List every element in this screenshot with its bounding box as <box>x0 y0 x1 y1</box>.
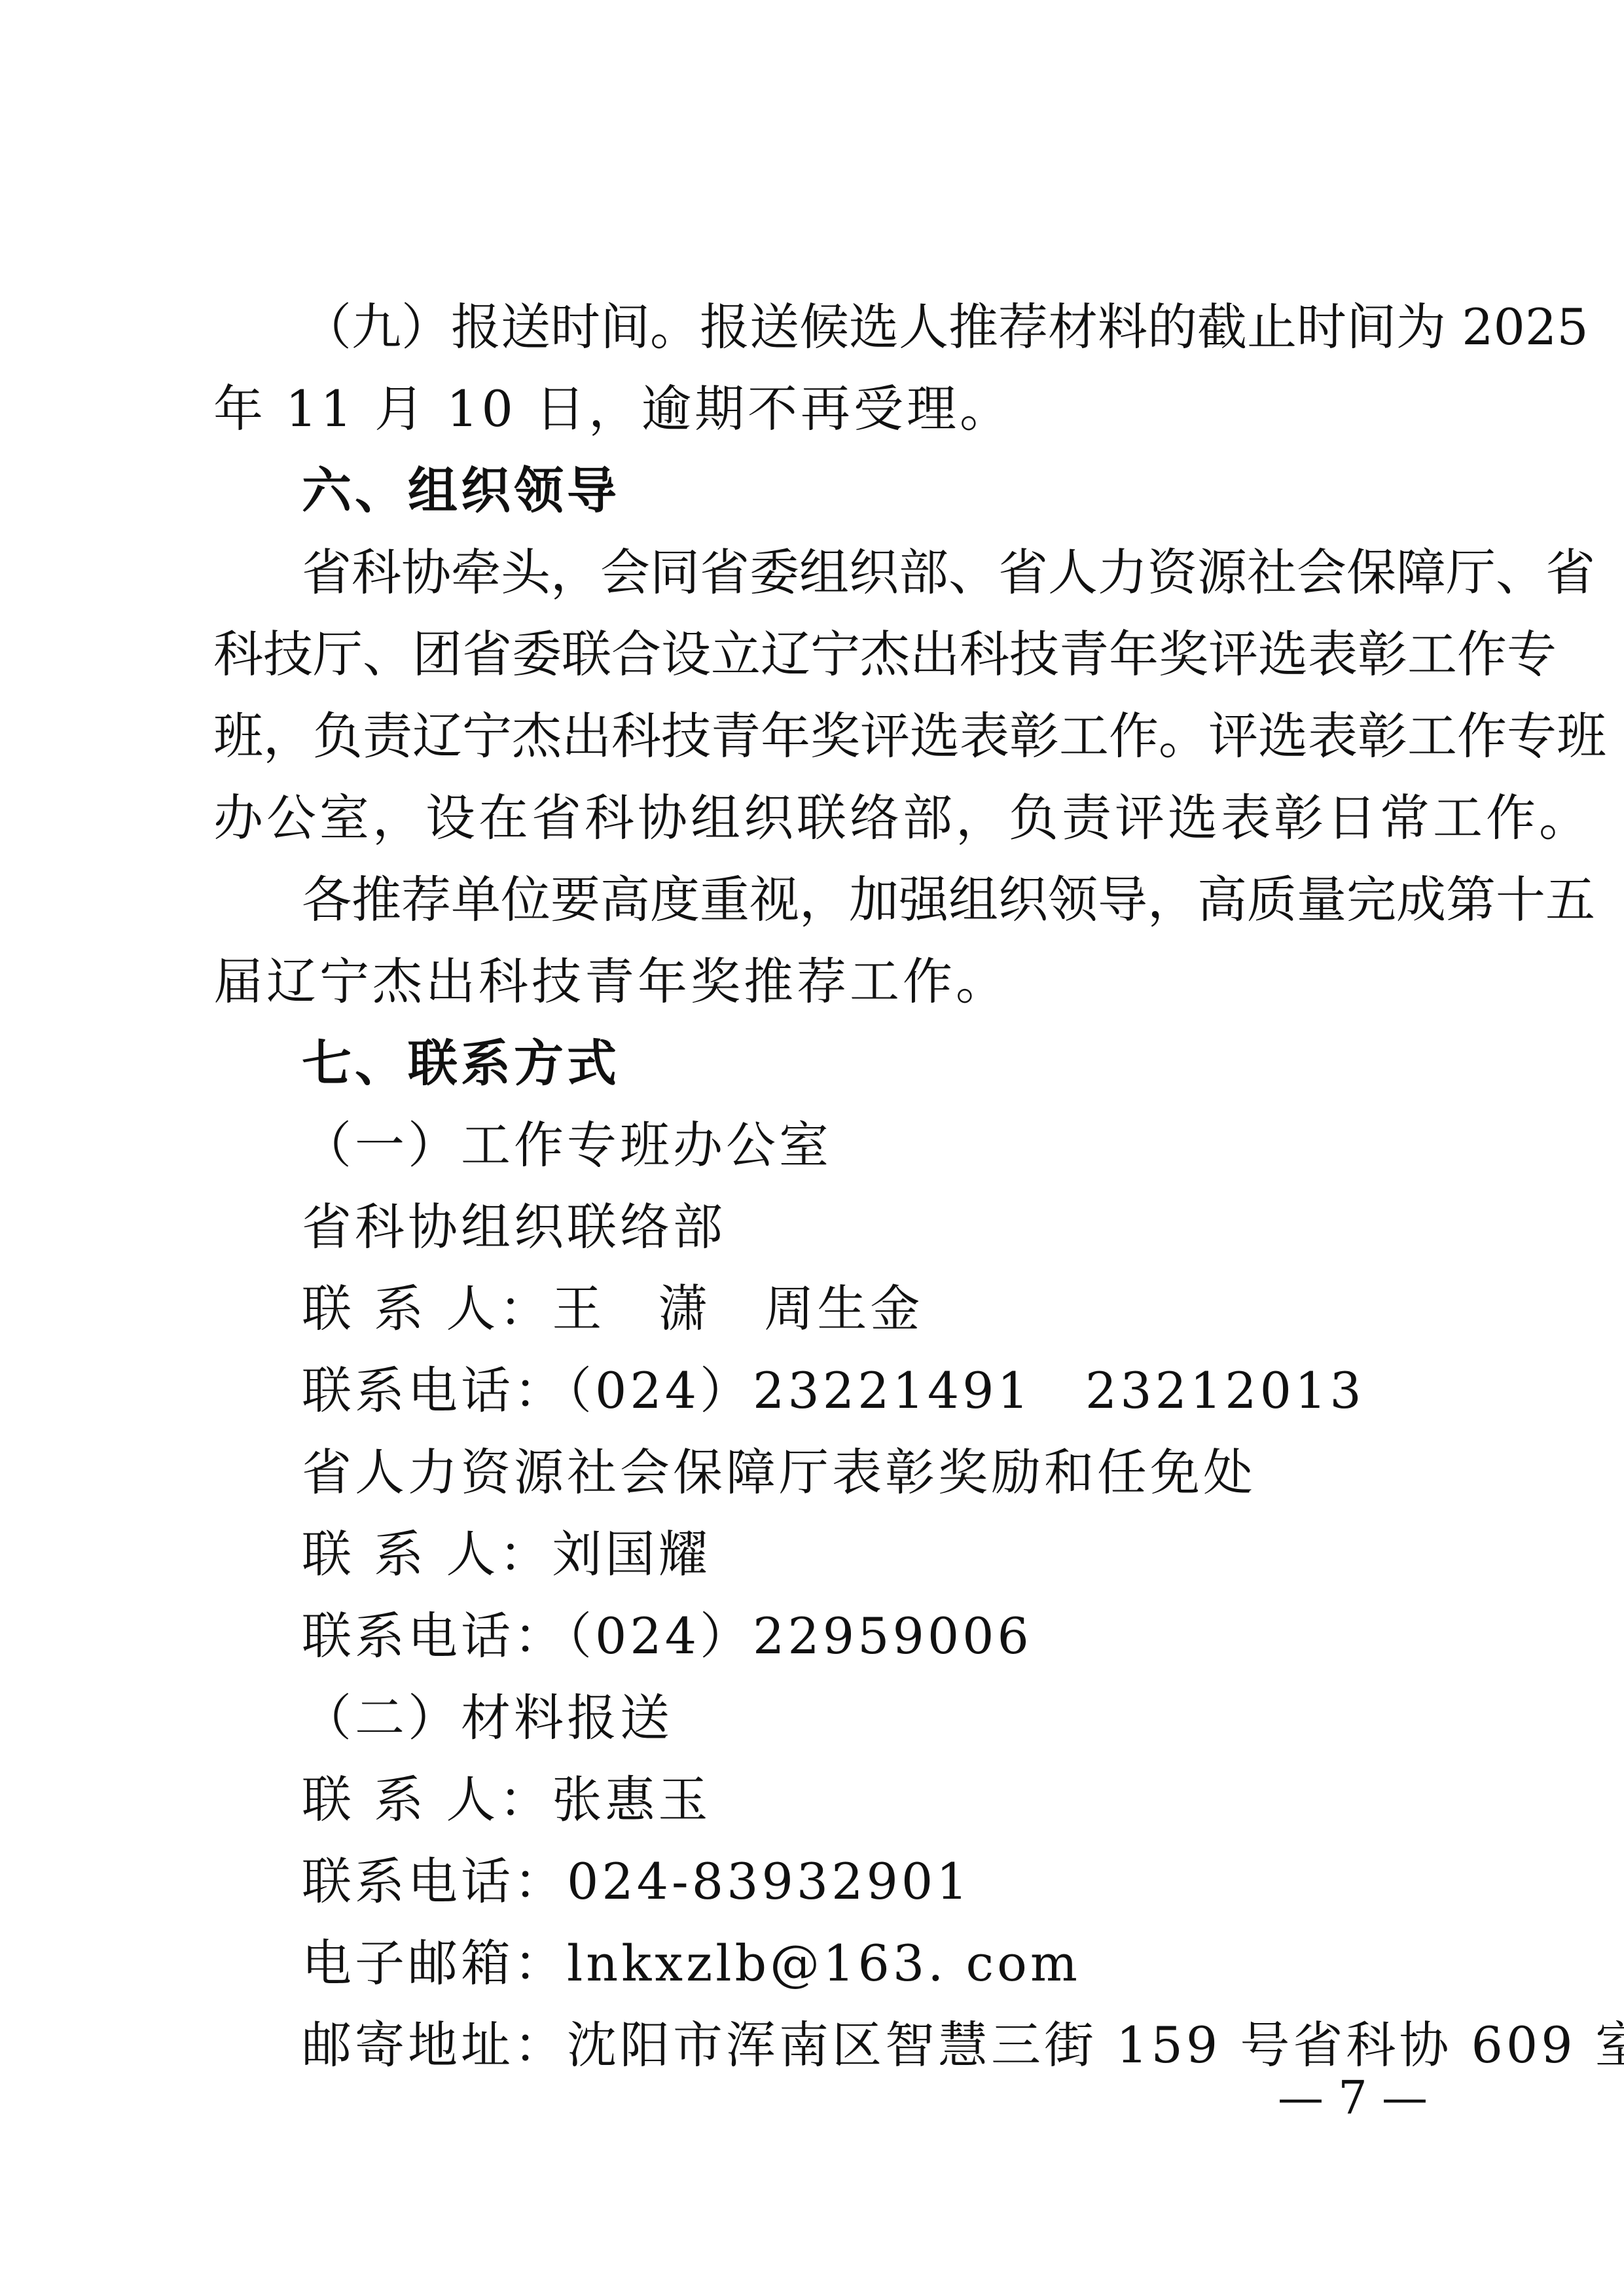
contact-dept-1: 省科协组织联络部 <box>302 1194 1420 1260</box>
section-heading-contact: 七、联系方式 <box>302 1031 1420 1096</box>
para-organization-line-4: 办公室，设在省科协组织联络部，负责评选表彰日常工作。 <box>213 785 1420 851</box>
para-organization-line-3: 班，负责辽宁杰出科技青年奖评选表彰工作。评选表彰工作专班 <box>213 704 1420 769</box>
contact-person-1: 联 系 人：王 潇 周生金 <box>302 1276 1420 1342</box>
page-number: — 7 — <box>1278 2068 1420 2127</box>
contact-dept-2: 省人力资源社会保障厅表彰奖励和任免处 <box>302 1440 1420 1505</box>
para-submission-time-line-2: 年 11 月 10 日，逾期不再受理。 <box>213 376 1420 442</box>
para-recommend-line-2: 届辽宁杰出科技青年奖推荐工作。 <box>213 949 1420 1014</box>
contact-phone-3: 联系电话：024-83932901 <box>302 1849 1420 1914</box>
document-page: （九）报送时间。报送候选人推荐材料的截止时间为 2025 年 11 月 10 日… <box>0 0 1624 2296</box>
para-organization-line-1: 省科协牵头，会同省委组织部、省人力资源社会保障厅、省 <box>302 540 1420 605</box>
subheading-office: （一）工作专班办公室 <box>302 1113 1420 1178</box>
contact-person-3: 联 系 人：张惠玉 <box>302 1767 1420 1833</box>
contact-phone-1: 联系电话：（024）23221491 23212013 <box>302 1358 1420 1424</box>
para-recommend-line-1: 各推荐单位要高度重视，加强组织领导，高质量完成第十五 <box>302 867 1420 933</box>
para-submission-time-line-1: （九）报送时间。报送候选人推荐材料的截止时间为 2025 <box>302 295 1420 360</box>
subheading-materials: （二）材料报送 <box>302 1685 1420 1751</box>
para-organization-line-2: 科技厅、团省委联合设立辽宁杰出科技青年奖评选表彰工作专 <box>213 622 1420 687</box>
section-heading-organization: 六、组织领导 <box>302 458 1420 524</box>
contact-person-2: 联 系 人：刘国耀 <box>302 1522 1420 1587</box>
contact-email: 电子邮箱：lnkxzlb@163. com <box>302 1931 1420 1996</box>
contact-address: 邮寄地址：沈阳市浑南区智慧三街 159 号省科协 609 室 <box>302 2013 1420 2078</box>
contact-phone-2: 联系电话：（024）22959006 <box>302 1604 1420 1669</box>
